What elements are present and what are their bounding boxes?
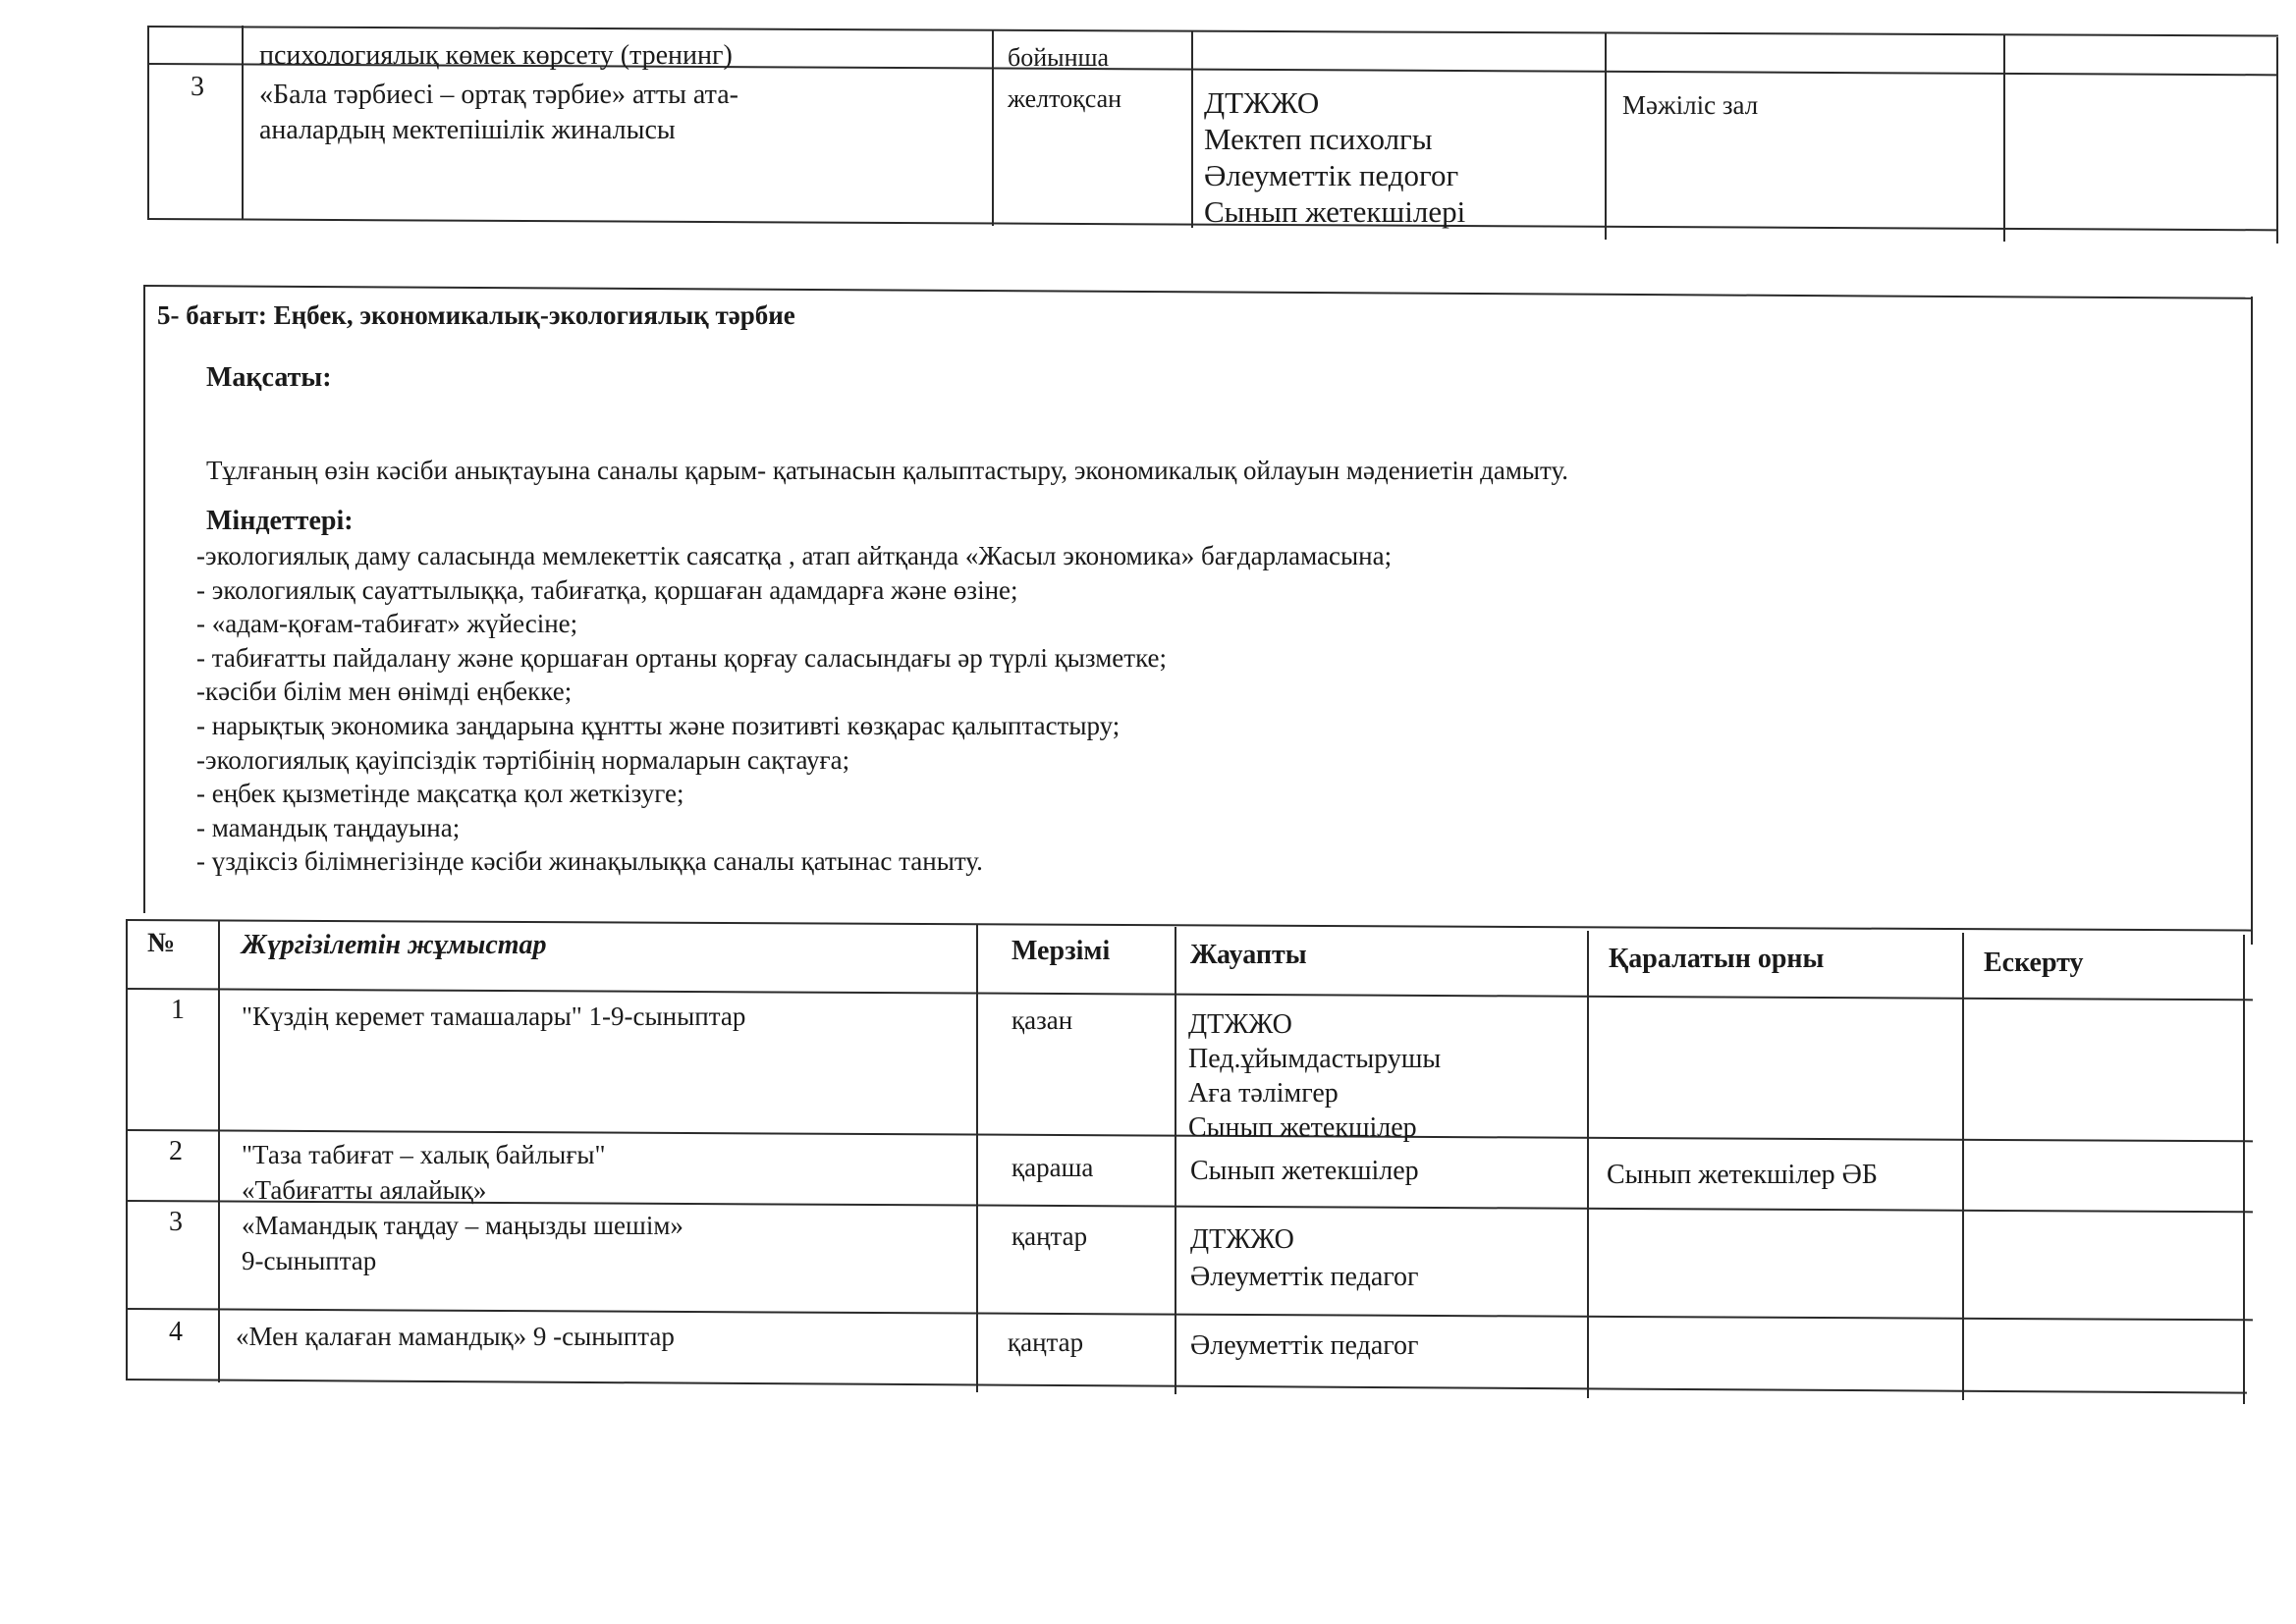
venue-cell: Мәжіліс зал xyxy=(1622,88,1758,122)
header-activity: Жүргізілетін жұмыстар xyxy=(242,929,547,962)
row-number: 1 xyxy=(171,994,185,1027)
responsible-line: ДТЖЖО xyxy=(1204,84,1465,121)
header-num: № xyxy=(147,927,175,960)
activity-line: "Таза табиғат – халық байлығы" xyxy=(242,1137,606,1172)
responsible-cell: Әлеуметтік педагог xyxy=(1190,1329,1419,1363)
responsible-line: Аға тәлімгер xyxy=(1188,1076,1441,1110)
task-item: - үздіксіз білімнегізінде кәсіби жинақыл… xyxy=(196,844,1392,879)
activity-cell: "Таза табиғат – халық байлығы" «Табиғатт… xyxy=(242,1137,606,1208)
activity-cell: «Бала тәрбиесі – ортақ тәрбие» атты ата- xyxy=(259,79,738,112)
responsible-line: Сынып жетекшілер xyxy=(1188,1110,1441,1145)
table-col-line xyxy=(1587,931,1589,1398)
tasks-list: -экологиялық даму саласында мемлекеттік … xyxy=(196,539,1392,879)
row-number: 4 xyxy=(169,1316,183,1349)
table-col-line xyxy=(1175,927,1176,1394)
activity-line: 9-сыныптар xyxy=(242,1243,683,1278)
top-table-col-line xyxy=(1605,33,1607,240)
top-table-col-line xyxy=(147,26,149,219)
row-number: 2 xyxy=(169,1135,183,1168)
responsible-line: Сынып жетекшілері xyxy=(1204,193,1465,230)
responsible-cell: Сынып жетекшілер xyxy=(1190,1155,1419,1188)
activity-line: «Табиғатты аялайық» xyxy=(242,1172,606,1208)
header-note: Ескерту xyxy=(1984,947,2084,980)
task-item: - «адам-қоғам-табиғат» жүйесіне; xyxy=(196,607,1392,641)
venue-cell: Сынып жетекшілер ӘБ xyxy=(1607,1159,1878,1192)
table-col-line xyxy=(218,921,220,1382)
responsible-line: Әлеуметтік педагог xyxy=(1190,1259,1419,1296)
responsible-cell: ДТЖЖО Пед.ұйымдастырушы Аға тәлімгер Сын… xyxy=(1188,1007,1441,1145)
activity-cell: психологиялық көмек көрсету (тренинг) xyxy=(259,39,733,73)
deadline-cell: қаңтар xyxy=(1011,1219,1087,1253)
section-border-right xyxy=(2251,297,2253,945)
row-number: 3 xyxy=(191,71,204,104)
top-table-col-line xyxy=(2003,35,2005,242)
table-col-line xyxy=(2243,935,2245,1404)
table-col-line xyxy=(976,925,978,1392)
top-table-col-line xyxy=(992,29,994,226)
responsible-line: Пед.ұйымдастырушы xyxy=(1188,1042,1441,1076)
deadline-cell: қаңтар xyxy=(1008,1326,1083,1359)
section-border-left xyxy=(143,285,145,913)
activity-line: «Мамандық таңдау – маңызды шешім» xyxy=(242,1208,683,1243)
task-item: - нарықтық экономика заңдарына құнтты жә… xyxy=(196,709,1392,743)
activity-cell: «Мен қалаған мамандық» 9 -сыныптар xyxy=(236,1320,675,1353)
task-item: - еңбек қызметінде мақсатқа қол жеткізуг… xyxy=(196,777,1392,811)
task-item: - мамандық таңдауына; xyxy=(196,811,1392,845)
task-item: -экологиялық даму саласында мемлекеттік … xyxy=(196,539,1392,573)
top-table-col-line xyxy=(1191,31,1193,228)
task-item: -кәсіби білім мен өнімді еңбекке; xyxy=(196,675,1392,709)
header-deadline: Мерзімі xyxy=(1011,935,1110,968)
table-col-line xyxy=(1962,933,1964,1400)
task-item: -экологиялық қауіпсіздік тәртібінің норм… xyxy=(196,743,1392,778)
task-item: - табиғатты пайдалану және қоршаған орта… xyxy=(196,641,1392,676)
activity-cell: «Мамандық таңдау – маңызды шешім» 9-сыны… xyxy=(242,1208,683,1278)
responsible-line: ДТЖЖО xyxy=(1190,1221,1419,1259)
responsible-cell: ДТЖЖО Мектеп психолгы Әлеуметтік педогог… xyxy=(1204,84,1465,230)
table-border-bottom xyxy=(126,1379,2247,1394)
section-border-top xyxy=(143,285,2253,299)
responsible-line: Әлеуметтік педогог xyxy=(1204,157,1465,193)
deadline-cell: қазан xyxy=(1011,1003,1072,1037)
top-table-col-line xyxy=(2276,37,2278,244)
header-responsible: Жауапты xyxy=(1190,939,1307,972)
task-item: - экологиялық сауаттылыққа, табиғатқа, қ… xyxy=(196,573,1392,608)
activity-cell: "Күздің керемет тамашалары" 1-9-сыныптар xyxy=(242,1000,745,1033)
responsible-cell: ДТЖЖО Әлеуметтік педагог xyxy=(1190,1221,1419,1296)
table-col-line xyxy=(126,919,128,1380)
goal-text: Тұлғаның өзін кәсіби анықтауына саналы қ… xyxy=(206,454,1568,487)
tasks-label: Міндеттері: xyxy=(206,505,354,538)
goal-label: Мақсаты: xyxy=(206,361,332,395)
deadline-cell: бойынша xyxy=(1008,41,1109,75)
responsible-line: ДТЖЖО xyxy=(1188,1007,1441,1042)
top-table-col-line xyxy=(242,26,244,220)
top-table-border-top xyxy=(147,26,2278,36)
activity-cell: аналардың мектепішілік жиналысы xyxy=(259,114,676,147)
responsible-line: Мектеп психолгы xyxy=(1204,121,1465,157)
section-heading: 5- бағыт: Еңбек, экономикалық-экологиялы… xyxy=(157,298,795,332)
deadline-cell: қараша xyxy=(1011,1151,1093,1184)
header-venue: Қаралатын орны xyxy=(1609,943,1824,976)
deadline-cell: желтоқсан xyxy=(1008,82,1121,116)
row-number: 3 xyxy=(169,1206,183,1239)
